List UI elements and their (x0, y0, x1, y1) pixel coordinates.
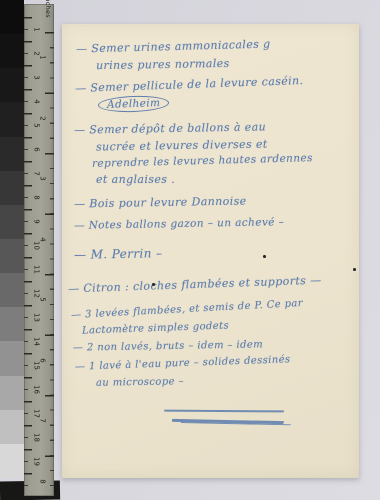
ruler-cm-number: 3 (33, 73, 40, 83)
grayscale-calibration-strip (0, 0, 24, 478)
ruler-inch-number: 6 (39, 355, 46, 365)
calibration-step (0, 205, 24, 239)
ruler-cm-number: 11 (33, 265, 40, 275)
handwritten-line: — Semer urines ammoniacales g (76, 37, 271, 55)
ink-speck (263, 255, 266, 258)
ruler-inch-major-ticks (45, 32, 54, 496)
handwritten-line: — Bois pour levure Dannoise (74, 194, 247, 210)
ruler-cm-number: 13 (33, 313, 40, 323)
handwritten-line: — 1 lavé à l'eau pure – solides dessinés (75, 354, 291, 373)
handwritten-line: et anglaises . (96, 173, 175, 186)
handwritten-line: — 3 levées flambées, et semis de P. Ce p… (71, 298, 303, 321)
calibration-step (0, 239, 24, 273)
calibration-step (0, 307, 24, 341)
ruler-cm-number: 9 (33, 217, 40, 227)
ruler-inch-number: 5 (39, 295, 46, 305)
ruler-cm-number: 19 (33, 457, 40, 467)
ink-speck (353, 268, 356, 271)
ruler-inch-number: 4 (39, 234, 46, 244)
ruler-cm-number: 16 (33, 385, 40, 395)
calibration-step (0, 171, 24, 205)
calibration-step (0, 68, 24, 102)
calibration-step (0, 273, 24, 307)
handwritten-line: au microscope – (96, 376, 184, 389)
handwritten-line: Lactomètre simples godets (82, 320, 229, 336)
ruler-inch-number: 2 (39, 113, 46, 123)
handwritten-line: reprendre les levures hautes ardennes (92, 152, 313, 170)
handwritten-line: — M. Perrin – (74, 246, 163, 262)
calibration-step (0, 444, 24, 478)
ruler-cm-number: 8 (33, 193, 40, 203)
handwritten-line: — 2 non lavés, bruts – idem – idem (73, 339, 263, 353)
ruler-cm-major-ticks (24, 17, 32, 496)
underline-stroke (164, 410, 284, 413)
ruler-cm-number: 4 (33, 97, 40, 107)
calibration-step (0, 102, 24, 136)
underline-stroke (172, 419, 284, 424)
calibration-step (0, 341, 24, 375)
handwritten-line: urines pures normales (96, 57, 230, 72)
calibration-step (0, 0, 24, 34)
calibration-step (0, 376, 24, 410)
ruler-cm-number: 1 (33, 25, 40, 35)
ruler-inch-number: 3 (39, 174, 46, 184)
handwritten-line: — Notes ballons gazon – un achevé – (74, 216, 284, 232)
ruler: Inches 12345678910111213141516171819 123… (24, 4, 54, 496)
ruler-cm-number: 18 (33, 433, 40, 443)
ruler-cm-number: 6 (33, 145, 40, 155)
manuscript-paper: — Semer urines ammoniacales g urines pur… (62, 24, 359, 478)
ruler-inch-number: 7 (39, 416, 46, 426)
handwritten-line: — Citron : cloches flambées et supports … (68, 274, 322, 296)
handwritten-line: — Semer dépôt de ballons à eau (74, 120, 266, 136)
ruler-cm-number: 14 (33, 337, 40, 347)
calibration-step (0, 34, 24, 68)
ink-speck (152, 283, 155, 286)
photograph-backdrop: Inches 12345678910111213141516171819 123… (0, 0, 380, 500)
calibration-step (0, 410, 24, 444)
ruler-inch-number: 1 (39, 53, 46, 63)
ruler-inch-number: 8 (39, 476, 46, 486)
calibration-step (0, 137, 24, 171)
circled-word: Adelheim (98, 95, 170, 113)
ruler-inches-label: Inches (44, 0, 52, 18)
handwritten-line: sucrée et levures diverses et (96, 138, 268, 154)
handwritten-line: — Semer pellicule de la levure caséin. (75, 74, 304, 95)
